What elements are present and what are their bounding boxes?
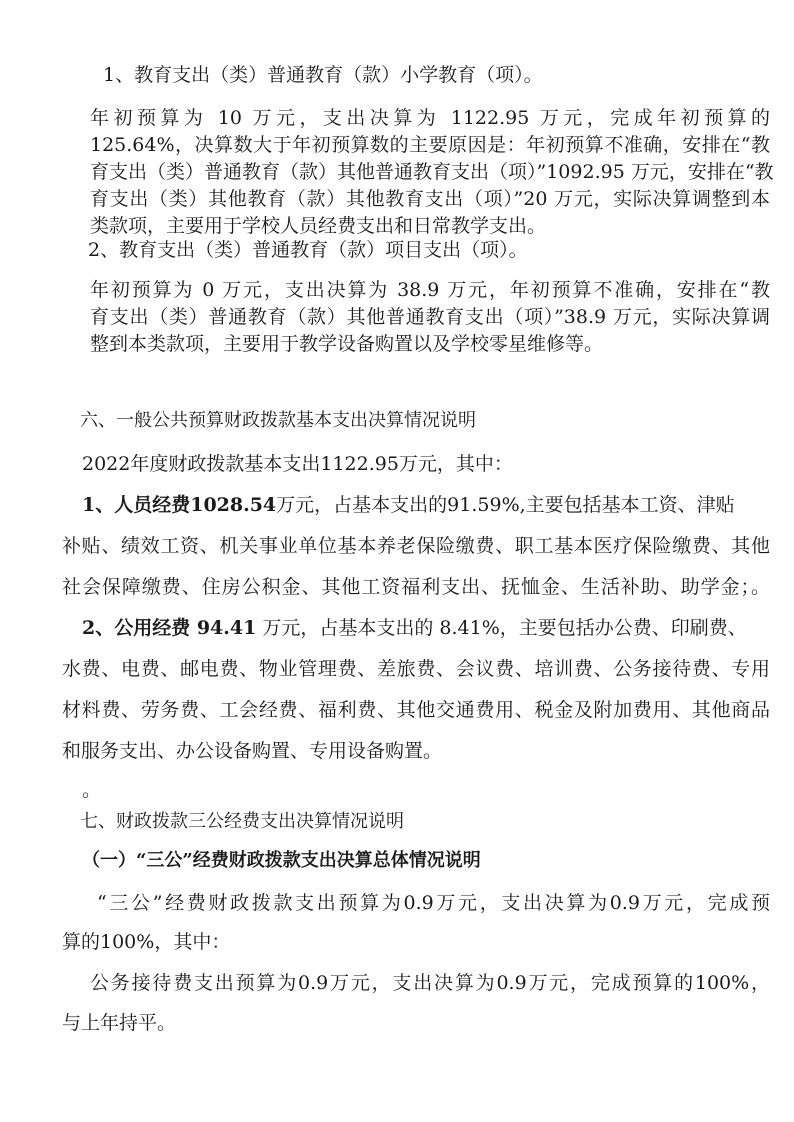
item2-line-2: 育支出（类）普通教育（款）其他普通教育支出（项）”38.9 万元，实际决算调 (90, 305, 770, 329)
item1-line-3: 育支出（类）普通教育（款）其他普通教育支出（项）”1092.95 万元，安排在“… (90, 160, 770, 184)
public-rest: 万元，占基本支出的 8.41%，主要包括办公费、印刷费、 (256, 617, 746, 639)
item2-line-3: 整到本类款项，主要用于教学设备购置以及学校零星维修等。 (90, 332, 603, 356)
item1-heading: 1、教育支出（类）普通教育（款）小学教育（项）。 (103, 63, 543, 87)
item2-line-1: 年初预算为 0 万元，支出决算为 38.9 万元，年初预算不准确，安排在“教 (90, 278, 770, 302)
public-label: 2、公用经费 94.41 (82, 617, 256, 639)
public-first-line: 2、公用经费 94.41 万元，占基本支出的 8.41%，主要包括办公费、印刷费… (82, 616, 747, 640)
sangong-para2-line1: 公务接待费支出预算为0.9万元，支出决算为0.9万元，完成预算的100%， (90, 971, 770, 995)
section7-subtitle: （一）“三公”经费财政拨款支出决算总体情况说明 (82, 849, 481, 873)
stray-period: 。 (82, 778, 101, 802)
item2-heading: 2、教育支出（类）普通教育（款）项目支出（项）。 (88, 238, 528, 262)
section7-title: 七、财政拨款三公经费支出决算情况说明 (80, 810, 404, 834)
personnel-label: 1、人员经费1028.54 (82, 494, 276, 516)
personnel-first-line: 1、人员经费1028.54万元，占基本支出的91.59%,主要包括基本工资、津贴 (82, 493, 770, 517)
sangong-para1-line1: “三公”经费财政拨款支出预算为0.9万元，支出决算为0.9万元，完成预 (97, 891, 770, 915)
sangong-para2-line2: 与上年持平。 (62, 1011, 176, 1035)
item1-line-1: 年初预算为 10 万元，支出决算为 1122.95 万元，完成年初预算的 (90, 106, 770, 130)
personnel-line-2: 补贴、绩效工资、机关事业单位基本养老保险缴费、职工基本医疗保险缴费、其他 (62, 534, 770, 558)
item1-line-5: 类款项，主要用于学校人员经费支出和日常教学支出。 (90, 214, 546, 238)
personnel-rest: 万元，占基本支出的91.59%,主要包括基本工资、津贴 (276, 494, 735, 516)
public-line-3: 材料费、劳务费、工会经费、福利费、其他交通费用、税金及附加费用、其他商品 (62, 698, 770, 722)
public-line-4: 和服务支出、办公设备购置、专用设备购置。 (62, 739, 442, 763)
sangong-para1-line2: 算的100%，其中： (62, 930, 230, 954)
item1-line-2: 125.64%，决算数大于年初预算数的主要原因是：年初预算不准确，安排在“教 (90, 133, 770, 157)
item1-line-4: 育支出（类）其他教育（款）其他教育支出（项）”20 万元，实际决算调整到本 (90, 187, 770, 211)
section6-intro: 2022年度财政拨款基本支出1122.95万元，其中： (82, 452, 513, 476)
personnel-line-3: 社会保障缴费、住房公积金、其他工资福利支出、抚恤金、生活补助、助学金；。 (62, 575, 770, 599)
section6-title: 六、一般公共预算财政拨款基本支出决算情况说明 (80, 409, 476, 433)
public-line-2: 水费、电费、邮电费、物业管理费、差旅费、会议费、培训费、公务接待费、专用 (62, 657, 770, 681)
